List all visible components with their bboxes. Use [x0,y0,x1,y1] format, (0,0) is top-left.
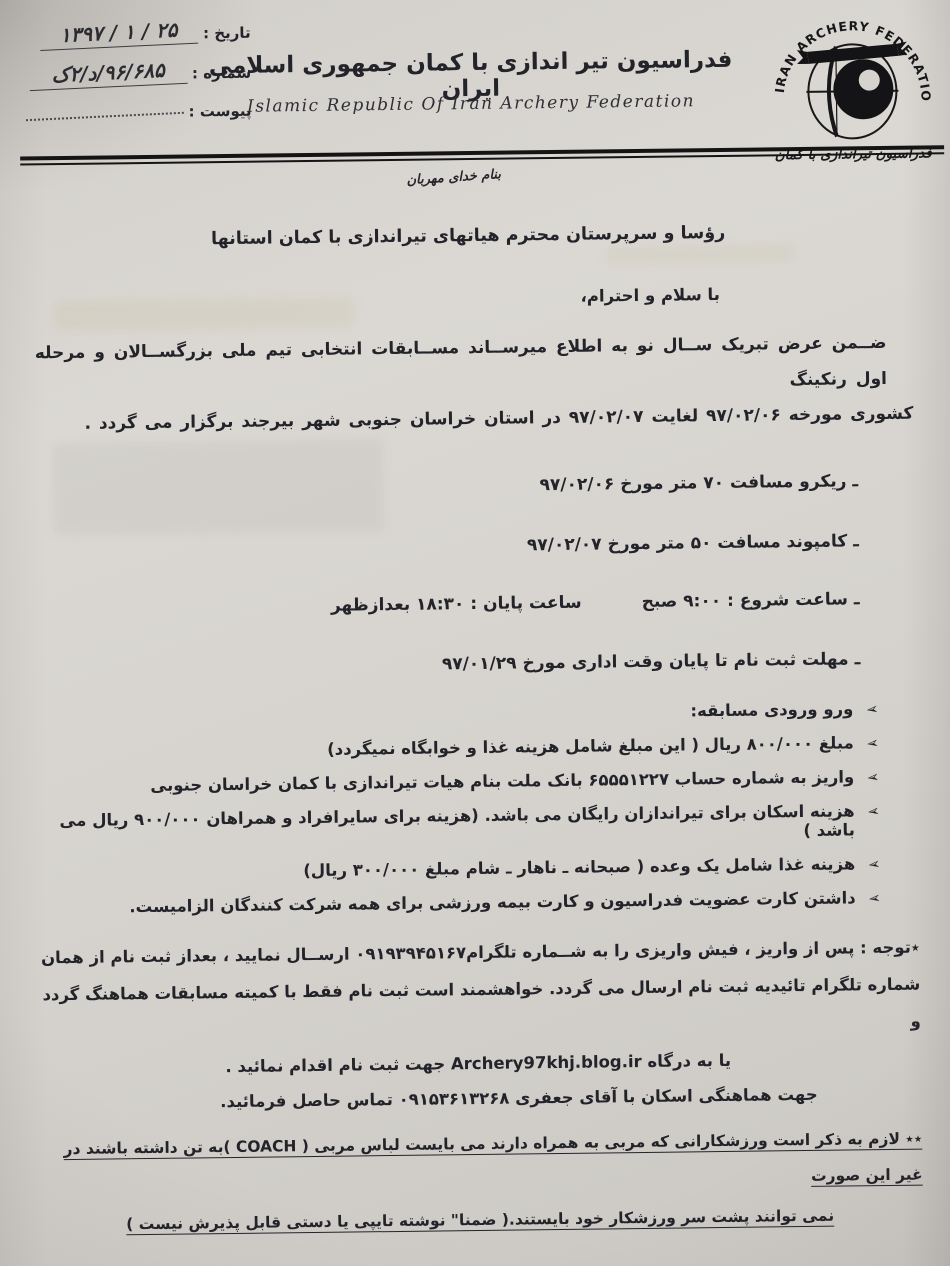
membership-card-requirement: داشتن کارت عضویت فدراسیون و کارت بیمه ور… [129,888,856,916]
list-item: ➢ هزینه اسکان برای تیراندازان رایگان می … [32,801,880,849]
letter-content: تاریخ : ۲۵ / ۱ / ۱۳۹۷ شماره : ۹۶/۶۸۵/د/۲… [0,0,950,1266]
attachment-blank-line [25,97,184,121]
end-time: ساعت پایان : ۱۸:۳۰ بعدازظهر [331,593,582,616]
meal-cost-info: هزینه غذا شامل یک وعده ( صبحانه ـ ناهار … [303,854,855,880]
registration-deadline: ـ مهلت ثبت نام تا پایان وقت اداری مورخ ۹… [30,649,860,679]
date-label: تاریخ : [203,24,251,43]
entry-fee-list: ➢ ورو ورودی مسابقه: ➢ مبلغ ۸۰۰/۰۰۰ ریال … [31,699,919,918]
salutation: با سلام و احترام، [26,285,720,312]
arrow-bullet-icon: ➢ [867,802,882,821]
schedule-compound: ـ کامپوند مسافت ۵۰ متر مورخ ۹۷/۰۲/۰۷ [29,531,859,561]
letter-body: رؤسا و سرپرستان محترم هیاتهای تیراندازی … [25,221,923,1245]
bank-account-info: واریز به شماره حساب ۶۵۵۵۱۲۲۷ بانک ملت بن… [150,767,854,795]
schedule-recurve: ـ ریکرو مسافت ۷۰ متر مورخ ۹۷/۰۲/۰۶ [28,471,858,501]
federation-logo: IR IRAN ARCHERY FEDERATION فدراسیون تیرا… [766,0,938,168]
arrow-bullet-icon: ➢ [865,700,880,719]
recipient-heading: رؤسا و سرپرستان محترم هیاتهای تیراندازی … [25,221,911,252]
arrow-bullet-icon: ➢ [866,734,881,753]
scanned-letter-page: تاریخ : ۲۵ / ۱ / ۱۳۹۷ شماره : ۹۶/۶۸۵/د/۲… [0,0,950,1266]
date-handwritten-value: ۲۵ / ۱ / ۱۳۹۷ [39,17,198,51]
note-line-2: شماره تلگرام تائیدیه ثبت نام ارسال می گر… [34,966,921,1051]
start-time: ـ ساعت شروع : ۹:۰۰ صبح [642,589,860,612]
attention-note: ٭توجه : پس از واریز ، فیش واریزی را به ش… [34,929,922,1088]
list-item: ➢ مبلغ ۸۰۰/۰۰۰ ریال ( این مبلغ شامل هزین… [31,733,879,762]
entry-heading-row: ➢ ورو ورودی مسابقه: [31,699,879,728]
bismillah-script: بنام خدای مهربان [406,167,501,188]
coach-footnote: ٭٭ لازم به ذکر است ورزشکارانی که مربی به… [36,1120,923,1244]
lodging-cost-info: هزینه اسکان برای تیراندازان رایگان می با… [32,801,855,849]
list-item: ➢ داشتن کارت عضویت فدراسیون و کارت بیمه … [33,888,881,917]
date-field: تاریخ : ۲۵ / ۱ / ۱۳۹۷ [12,19,250,49]
entry-fee-amount: مبلغ ۸۰۰/۰۰۰ ریال ( این مبلغ شامل هزینه … [327,733,854,758]
times-row: ـ ساعت شروع : ۹:۰۰ صبح ساعت پایان : ۱۸:۳… [30,589,860,619]
arrow-bullet-icon: ➢ [866,768,881,787]
footnote-line-1: ٭٭ لازم به ذکر است ورزشکارانی که مربی به… [36,1120,923,1204]
lodging-contact: جهت هماهنگی اسکان با آقای جعفری ۰۹۱۵۳۶۱۳… [36,1084,818,1113]
footnote-line-2: نمی توانند پشت سر ورزشکار خود بایستند.( … [37,1197,923,1244]
arrow-bullet-icon: ➢ [868,889,883,908]
intro-paragraph: ضــمن عرض تبریک ســال نو به اطلاع میرســ… [26,326,913,444]
intro-line-1: ضــمن عرض تبریک ســال نو به اطلاع میرســ… [26,326,913,408]
entry-heading: ورو ورودی مسابقه: [690,699,853,720]
list-item: ➢ واریز به شماره حساب ۶۵۵۵۱۲۲۷ بانک ملت … [32,767,880,796]
number-handwritten-value: ۹۶/۶۸۵/د/۲ک [28,57,187,91]
arrow-bullet-icon: ➢ [867,855,882,874]
list-item: ➢ هزینه غذا شامل یک وعده ( صبحانه ـ ناها… [33,854,881,883]
